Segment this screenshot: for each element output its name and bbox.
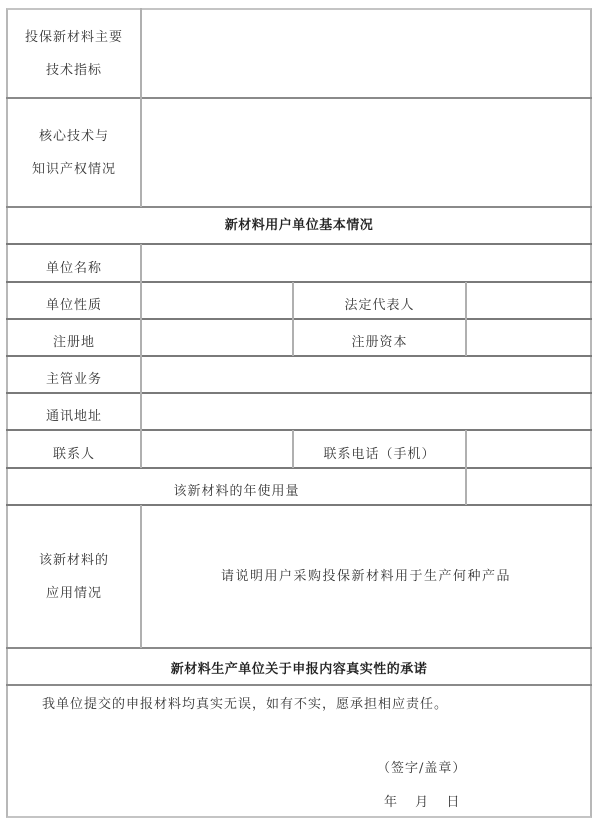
registered-capital-field[interactable] [467, 320, 590, 355]
core-tech-ip-label: 核心技术与 知识产权情况 [8, 99, 140, 206]
contact-person-field[interactable] [142, 431, 292, 467]
unit-nature-field[interactable] [142, 283, 292, 318]
registered-place-field[interactable] [142, 320, 292, 355]
unit-name-field[interactable] [142, 245, 590, 281]
mailing-address-field[interactable] [142, 394, 590, 429]
legal-rep-label: 法定代表人 [294, 283, 465, 318]
unit-nature-label: 单位性质 [8, 283, 140, 318]
contact-phone-label: 联系电话（手机） [294, 431, 465, 467]
contact-person-label: 联系人 [8, 431, 140, 467]
main-business-field[interactable] [142, 357, 590, 392]
registered-place-label: 注册地 [8, 320, 140, 355]
tech-specs-field[interactable] [142, 10, 590, 97]
application-label-line2: 应用情况 [46, 587, 102, 600]
main-business-label: 主管业务 [8, 357, 140, 392]
application-label: 该新材料的 应用情况 [8, 506, 140, 647]
unit-name-label: 单位名称 [8, 245, 140, 281]
tech-specs-label-line1: 投保新材料主要 [25, 31, 123, 44]
core-tech-ip-label-line1: 核心技术与 [39, 130, 109, 143]
user-section-title: 新材料用户单位基本情况 [8, 208, 590, 243]
core-tech-ip-field[interactable] [142, 99, 590, 206]
tech-specs-label: 投保新材料主要 技术指标 [8, 10, 140, 97]
core-tech-ip-label-line2: 知识产权情况 [32, 163, 116, 176]
legal-rep-field[interactable] [467, 283, 590, 318]
application-hint: 请说明用户采购投保新材料用于生产何种产品 [221, 570, 511, 583]
mailing-address-label: 通讯地址 [8, 394, 140, 429]
contact-phone-field[interactable] [467, 431, 590, 467]
tech-specs-label-line2: 技术指标 [46, 64, 102, 77]
pledge-section-title: 新材料生产单位关于申报内容真实性的承诺 [8, 649, 590, 684]
application-label-line1: 该新材料的 [39, 554, 109, 567]
signature-area[interactable] [8, 686, 590, 816]
annual-usage-field[interactable] [467, 469, 590, 504]
annual-usage-label: 该新材料的年使用量 [8, 469, 465, 504]
application-field[interactable]: 请说明用户采购投保新材料用于生产何种产品 [142, 506, 590, 647]
registered-capital-label: 注册资本 [294, 320, 465, 355]
